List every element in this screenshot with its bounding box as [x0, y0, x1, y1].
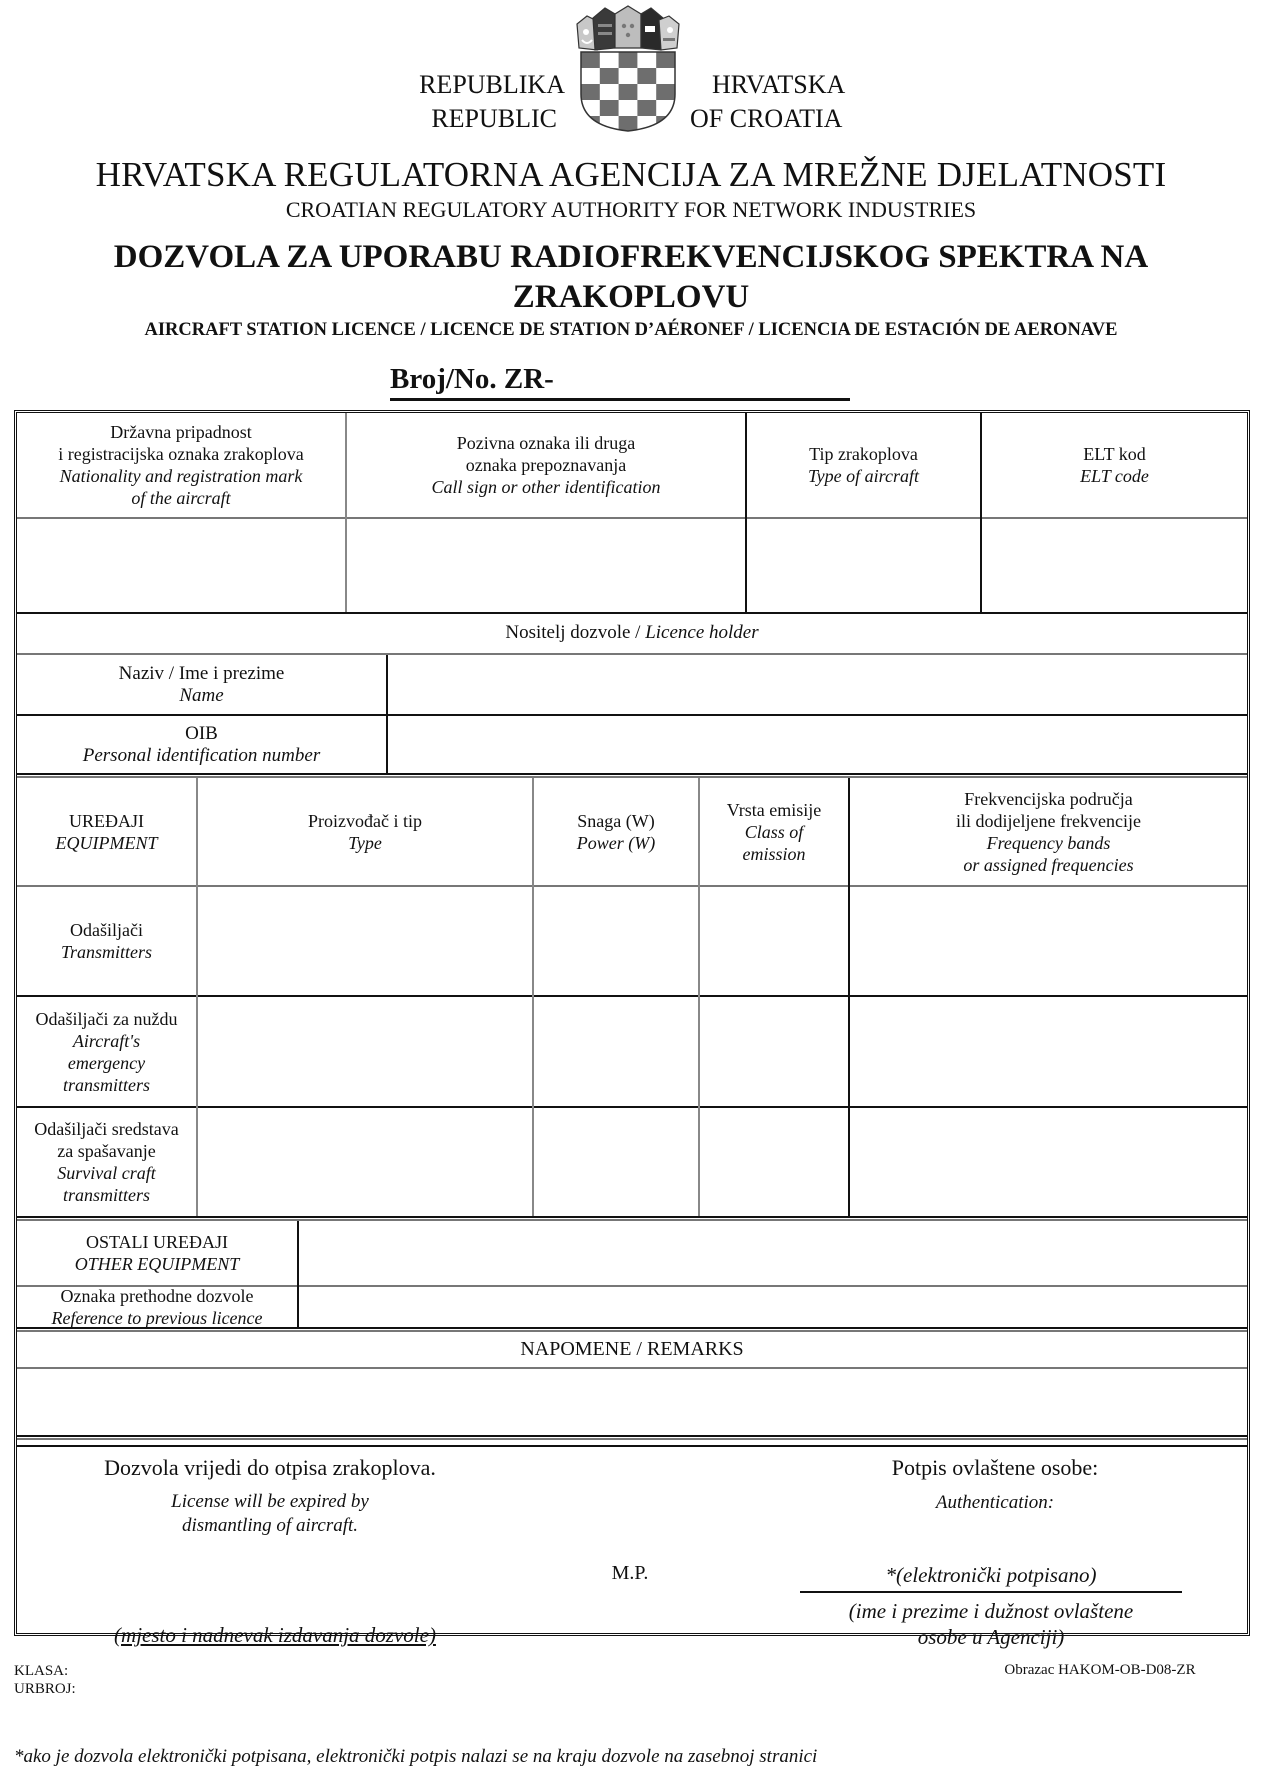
previous-licence-label: Oznaka prethodne dozvole Reference to pr… [17, 1287, 297, 1327]
remarks-field[interactable] [17, 1369, 1247, 1433]
emergency-frequencies-field[interactable] [850, 997, 1247, 1106]
elt-code-field[interactable] [982, 519, 1247, 612]
header-call-sign: Pozivna oznaka ili druga oznaka prepozna… [347, 413, 745, 517]
call-sign-field[interactable] [347, 519, 745, 612]
holder-name-label: Naziv / Ime i prezime Name [17, 655, 386, 714]
agency-name: HRVATSKA REGULATORNA AGENCIJA ZA MREŽNE … [0, 155, 1262, 195]
licence-subtitle: AIRCRAFT STATION LICENCE / LICENCE DE ST… [0, 320, 1262, 341]
survival-power-field[interactable] [534, 1108, 698, 1216]
republic-right: HRVATSKA OF CROATIA [690, 68, 900, 136]
klasa-label: KLASA: [14, 1662, 76, 1680]
equipment-header-power: Snaga (W) Power (W) [534, 778, 698, 885]
klasa-urbroj: KLASA: URBROJ: [14, 1662, 76, 1698]
republic-en-left: REPUBLIC [375, 102, 565, 136]
header-registration-mark: Državna pripadnost i registracijska ozna… [17, 413, 345, 517]
licence-number-label: Broj/No. ZR- [390, 363, 554, 395]
aircraft-type-field[interactable] [747, 519, 980, 612]
republic-left: REPUBLIKA REPUBLIC [375, 68, 565, 136]
survival-type-field[interactable] [198, 1108, 532, 1216]
emergency-emission-field[interactable] [700, 997, 848, 1106]
transmitters-frequencies-field[interactable] [850, 887, 1247, 995]
licence-title: DOZVOLA ZA UPORABU RADIOFREKVENCIJSKOG S… [40, 237, 1222, 317]
remarks-heading: NAPOMENE / REMARKS [17, 1332, 1247, 1366]
signature-label-en: Authentication: [820, 1492, 1170, 1514]
footnote: *ako je dozvola elektronički potpisana, … [14, 1746, 1214, 1768]
emergency-type-field[interactable] [198, 997, 532, 1106]
signature-field[interactable]: *(elektronički potpisano) [800, 1563, 1182, 1593]
transmitters-power-field[interactable] [534, 887, 698, 995]
survival-frequencies-field[interactable] [850, 1108, 1247, 1216]
agency-name-en: CROATIAN REGULATORY AUTHORITY FOR NETWOR… [0, 197, 1262, 223]
transmitters-type-field[interactable] [198, 887, 532, 995]
equipment-row-transmitters: Odašiljači Transmitters [17, 887, 196, 995]
registration-mark-field[interactable] [17, 519, 345, 612]
emergency-power-field[interactable] [534, 997, 698, 1106]
place-date-of-issue[interactable]: (mjesto i nadnevak izdavanja dozvole) [90, 1623, 460, 1648]
holder-oib-label: OIB Personal identification number [17, 716, 386, 773]
republic-hr-right: HRVATSKA [690, 68, 900, 102]
equipment-header-type: Proizvođač i tip Type [198, 778, 532, 885]
other-equipment-field[interactable] [299, 1221, 1247, 1285]
survival-emission-field[interactable] [700, 1108, 848, 1216]
validity-statement-en: License will be expired by dismantling o… [90, 1490, 450, 1538]
header-aircraft-type: Tip zrakoplova Type of aircraft [747, 413, 980, 517]
equipment-row-emergency-transmitters: Odašiljači za nuždu Aircraft's emergency… [17, 997, 196, 1106]
republic-hr-left: REPUBLIKA [375, 68, 565, 102]
header-elt-code: ELT kod ELT code [982, 413, 1247, 517]
equipment-header-emission: Vrsta emisije Class of emission [700, 778, 848, 885]
signature-label: Potpis ovlaštene osobe: [820, 1455, 1170, 1481]
licence-number-field[interactable]: Broj/No. ZR- [390, 362, 850, 401]
other-equipment-label: OSTALI UREĐAJI OTHER EQUIPMENT [17, 1221, 297, 1285]
previous-licence-field[interactable] [299, 1287, 1247, 1327]
validity-statement: Dozvola vrijedi do otpisa zrakoplova. [90, 1455, 450, 1481]
republic-en-right: OF CROATIA [690, 102, 900, 136]
form-code: Obrazac HAKOM-OB-D08-ZR [960, 1662, 1240, 1679]
equipment-row-survival-craft-transmitters: Odašiljači sredstava za spašavanje Survi… [17, 1108, 196, 1216]
stamp-placeholder: M.P. [600, 1562, 660, 1585]
croatian-coat-of-arms-icon [573, 4, 683, 132]
holder-name-field[interactable] [388, 655, 1247, 714]
holder-oib-field[interactable] [388, 716, 1247, 773]
transmitters-emission-field[interactable] [700, 887, 848, 995]
equipment-header-equipment: UREĐAJI EQUIPMENT [17, 778, 196, 885]
signature-note: (ime i prezime i dužnost ovlaštene osobe… [800, 1598, 1182, 1650]
licence-holder-heading: Nositelj dozvole / Licence holder [17, 614, 1247, 652]
urbroj-label: URBROJ: [14, 1680, 76, 1698]
equipment-header-frequencies: Frekvencijska područja ili dodijeljene f… [850, 778, 1247, 885]
